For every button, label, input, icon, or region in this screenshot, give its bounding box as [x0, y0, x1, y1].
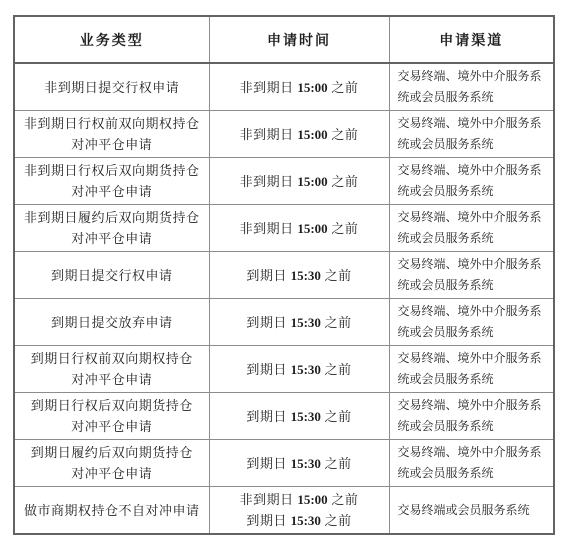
- time-prefix: 非到期日: [240, 80, 298, 95]
- time-suffix: 之前: [321, 409, 352, 424]
- table-row: 非到期日行权前双向期权持仓 对冲平仓申请 非到期日 15:00 之前 交易终端、…: [14, 111, 554, 158]
- table-row: 到期日提交行权申请 到期日 15:30 之前 交易终端、境外中介服务系 统或会员…: [14, 252, 554, 299]
- apply-channel-cell: 交易终端、境外中介服务系 统或会员服务系统: [389, 393, 554, 440]
- time-prefix: 非到期日: [240, 492, 298, 507]
- apply-channel-cell: 交易终端、境外中介服务系 统或会员服务系统: [389, 63, 554, 111]
- business-type-cell: 做市商期权持仓不自对冲申请: [14, 487, 209, 535]
- business-type-cell: 非到期日履约后双向期货持仓 对冲平仓申请: [14, 205, 209, 252]
- apply-channel-cell: 交易终端或会员服务系统: [389, 487, 554, 535]
- time-value: 15:30: [291, 268, 321, 283]
- time-suffix: 之前: [328, 221, 359, 236]
- time-suffix: 之前: [321, 362, 352, 377]
- time-prefix: 到期日: [246, 315, 290, 330]
- apply-time-cell: 到期日 15:30 之前: [209, 299, 389, 346]
- time-value: 15:00: [297, 174, 327, 189]
- apply-time-cell: 非到期日 15:00 之前: [209, 158, 389, 205]
- time-value: 15:00: [297, 221, 327, 236]
- business-type-cell: 到期日提交行权申请: [14, 252, 209, 299]
- table-row: 到期日履约后双向期货持仓 对冲平仓申请 到期日 15:30 之前 交易终端、境外…: [14, 440, 554, 487]
- apply-channel-cell: 交易终端、境外中介服务系 统或会员服务系统: [389, 299, 554, 346]
- apply-channel-cell: 交易终端、境外中介服务系 统或会员服务系统: [389, 252, 554, 299]
- time-value: 15:30: [291, 409, 321, 424]
- table-row: 非到期日行权后双向期货持仓 对冲平仓申请 非到期日 15:00 之前 交易终端、…: [14, 158, 554, 205]
- apply-channel-cell: 交易终端、境外中介服务系 统或会员服务系统: [389, 346, 554, 393]
- apply-channel-cell: 交易终端、境外中介服务系 统或会员服务系统: [389, 440, 554, 487]
- column-header-business-type: 业务类型: [14, 16, 209, 63]
- time-suffix: 之前: [321, 456, 352, 471]
- document-page: 业务类型 申请时间 申请渠道 非到期日提交行权申请 非到期日 15:00 之前 …: [0, 0, 564, 543]
- table-row: 到期日提交放弃申请 到期日 15:30 之前 交易终端、境外中介服务系 统或会员…: [14, 299, 554, 346]
- business-type-cell: 到期日行权前双向期权持仓 对冲平仓申请: [14, 346, 209, 393]
- time-prefix: 非到期日: [240, 174, 298, 189]
- time-prefix: 到期日: [246, 409, 290, 424]
- time-suffix: 之前: [328, 80, 359, 95]
- time-suffix: 之前: [328, 127, 359, 142]
- apply-time-cell: 到期日 15:30 之前: [209, 393, 389, 440]
- apply-channel-cell: 交易终端、境外中介服务系 统或会员服务系统: [389, 111, 554, 158]
- time-value: 15:30: [291, 362, 321, 377]
- apply-time-cell: 非到期日 15:00 之前 到期日 15:30 之前: [209, 487, 389, 535]
- time-suffix: 之前: [321, 268, 352, 283]
- column-header-apply-time: 申请时间: [209, 16, 389, 63]
- business-type-cell: 非到期日提交行权申请: [14, 63, 209, 111]
- header-row: 业务类型 申请时间 申请渠道: [14, 16, 554, 63]
- options-business-table: 业务类型 申请时间 申请渠道 非到期日提交行权申请 非到期日 15:00 之前 …: [13, 15, 555, 535]
- apply-time-cell: 到期日 15:30 之前: [209, 440, 389, 487]
- table-row: 做市商期权持仓不自对冲申请 非到期日 15:00 之前 到期日 15:30 之前…: [14, 487, 554, 535]
- business-type-cell: 到期日履约后双向期货持仓 对冲平仓申请: [14, 440, 209, 487]
- time-suffix: 之前: [328, 174, 359, 189]
- time-prefix: 到期日: [246, 362, 290, 377]
- business-type-cell: 非到期日行权后双向期货持仓 对冲平仓申请: [14, 158, 209, 205]
- table-row: 非到期日履约后双向期货持仓 对冲平仓申请 非到期日 15:00 之前 交易终端、…: [14, 205, 554, 252]
- apply-time-cell: 非到期日 15:00 之前: [209, 111, 389, 158]
- time-prefix: 到期日: [246, 456, 290, 471]
- column-header-apply-channel: 申请渠道: [389, 16, 554, 63]
- apply-time-cell: 非到期日 15:00 之前: [209, 63, 389, 111]
- time-value: 15:00: [297, 80, 327, 95]
- time-prefix: 到期日: [246, 268, 290, 283]
- time-prefix: 非到期日: [240, 221, 298, 236]
- time-suffix: 之前: [321, 513, 352, 528]
- time-suffix: 之前: [321, 315, 352, 330]
- time-value: 15:00: [297, 127, 327, 142]
- apply-time-cell: 到期日 15:30 之前: [209, 346, 389, 393]
- table-row: 到期日行权前双向期权持仓 对冲平仓申请 到期日 15:30 之前 交易终端、境外…: [14, 346, 554, 393]
- time-prefix: 到期日: [246, 513, 290, 528]
- table-row: 非到期日提交行权申请 非到期日 15:00 之前 交易终端、境外中介服务系 统或…: [14, 63, 554, 111]
- time-value: 15:30: [291, 456, 321, 471]
- business-type-cell: 非到期日行权前双向期权持仓 对冲平仓申请: [14, 111, 209, 158]
- time-value: 15:00: [297, 492, 327, 507]
- apply-channel-cell: 交易终端、境外中介服务系 统或会员服务系统: [389, 205, 554, 252]
- time-value: 15:30: [291, 513, 321, 528]
- business-type-cell: 到期日提交放弃申请: [14, 299, 209, 346]
- time-prefix: 非到期日: [240, 127, 298, 142]
- apply-time-cell: 非到期日 15:00 之前: [209, 205, 389, 252]
- apply-channel-cell: 交易终端、境外中介服务系 统或会员服务系统: [389, 158, 554, 205]
- business-type-cell: 到期日行权后双向期货持仓 对冲平仓申请: [14, 393, 209, 440]
- table-row: 到期日行权后双向期货持仓 对冲平仓申请 到期日 15:30 之前 交易终端、境外…: [14, 393, 554, 440]
- time-value: 15:30: [291, 315, 321, 330]
- time-suffix: 之前: [328, 492, 359, 507]
- apply-time-cell: 到期日 15:30 之前: [209, 252, 389, 299]
